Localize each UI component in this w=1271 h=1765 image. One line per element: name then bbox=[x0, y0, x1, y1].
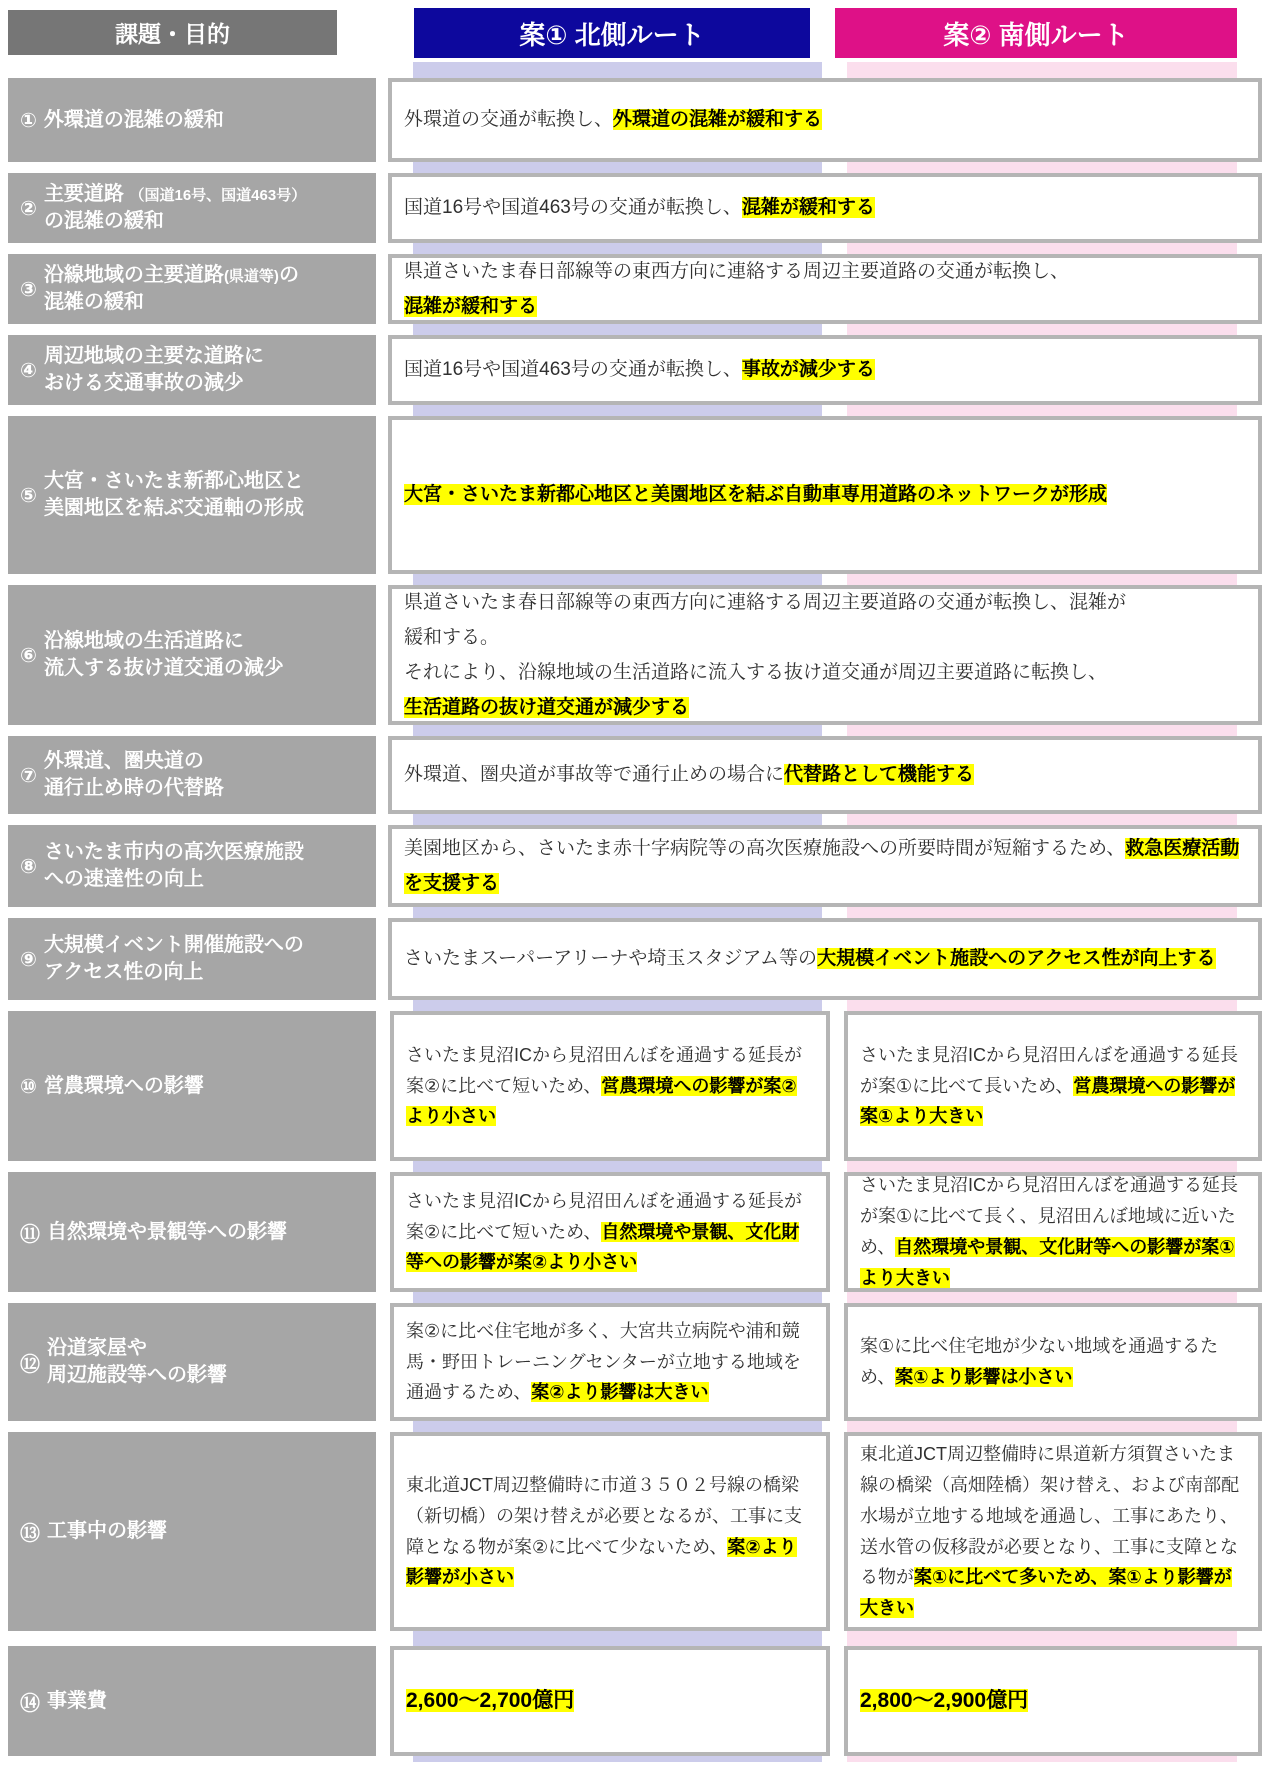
row-label-text: 営農環境への影響 bbox=[44, 1073, 204, 1100]
text-segment: 周辺地域の主要な道路に おける交通事故の減少 bbox=[44, 345, 264, 394]
highlight-text: 大規模イベント施設へのアクセス性が向上する bbox=[817, 948, 1215, 969]
row-content-merged: 国道16号や国道463号の交通が転換し、事故が減少する bbox=[388, 335, 1262, 405]
text-segment: 大宮・さいたま新都心地区と 美園地区を結ぶ交通軸の形成 bbox=[44, 470, 304, 519]
row-number: ⑫ bbox=[20, 1348, 40, 1377]
row-label: ⑬ 工事中の影響 bbox=[8, 1432, 376, 1631]
row-content-plan2-text: 2,800～2,900億円 bbox=[848, 1679, 1040, 1723]
table-row: ⑨ 大規模イベント開催施設への アクセス性の向上 さいたまスーパーアリーナや埼玉… bbox=[8, 918, 1262, 1000]
text-segment: 沿線地域の主要道路 bbox=[44, 264, 224, 286]
row-content-merged: 県道さいたま春日部線等の東西方向に連絡する周辺主要道路の交通が転換し、混雑が 緩… bbox=[388, 585, 1262, 725]
row-label: ⑧ さいたま市内の高次医療施設 への速達性の向上 bbox=[8, 825, 376, 907]
comparison-table: 課題・目的 案① 北側ルート 案② 南側ルート ① 外環道の混雑の緩和 外環道の… bbox=[0, 0, 1271, 1765]
row-label-text: 沿線地域の生活道路に 流入する抜け道交通の減少 bbox=[44, 628, 284, 682]
text-segment: 東北道JCT周辺整備時に県道新方須賀さいたま線の橋梁（高畑陸橋）架け替え、および… bbox=[860, 1444, 1239, 1588]
text-segment: 美園地区から、さいたま赤十字病院等の高次医療施設への所要時間が短縮するため、 bbox=[404, 838, 1125, 859]
row-content-plan1: さいたま見沼ICから見沼田んぼを通過する延長が案②に比べて短いため、自然環境や景… bbox=[390, 1172, 830, 1292]
highlight-text: 混雑が緩和する bbox=[404, 296, 537, 317]
row-content-plan1-text: さいたま見沼ICから見沼田んぼを通過する延長が案②に比べて短いため、営農環境への… bbox=[394, 1034, 826, 1139]
row-content-merged: 大宮・さいたま新都心地区と美園地区を結ぶ自動車専用道路のネットワークが形成 bbox=[388, 416, 1262, 574]
table-row: ⑥ 沿線地域の生活道路に 流入する抜け道交通の減少 県道さいたま春日部線等の東西… bbox=[8, 585, 1262, 725]
row-label: ⑨ 大規模イベント開催施設への アクセス性の向上 bbox=[8, 918, 376, 1000]
row-number: ⑭ bbox=[20, 1687, 40, 1716]
row-label-text: さいたま市内の高次医療施設 への速達性の向上 bbox=[44, 839, 304, 893]
row-label: ⑪ 自然環境や景観等への影響 bbox=[8, 1172, 376, 1292]
text-segment: さいたま市内の高次医療施設 への速達性の向上 bbox=[44, 841, 304, 890]
row-number: ⑦ bbox=[20, 763, 37, 788]
table-row: ⑬ 工事中の影響 東北道JCT周辺整備時に市道３５０２号線の橋梁（新切橋）の架け… bbox=[8, 1432, 1262, 1631]
row-number: ④ bbox=[20, 358, 37, 383]
highlight-text: 代替路として機能する bbox=[784, 764, 974, 785]
row-label: ⑦ 外環道、圏央道の 通行止め時の代替路 bbox=[8, 736, 376, 814]
highlight-text: 生活道路の抜け道交通が減少する bbox=[404, 697, 689, 718]
row-label-text: 沿道家屋や 周辺施設等への影響 bbox=[47, 1335, 227, 1389]
table-row: ⑪ 自然環境や景観等への影響 さいたま見沼ICから見沼田んぼを通過する延長が案②… bbox=[8, 1172, 1262, 1292]
rows-container: ① 外環道の混雑の緩和 外環道の交通が転換し、外環道の混雑が緩和する ② 主要道… bbox=[8, 78, 1262, 1756]
text-segment: 工事中の影響 bbox=[47, 1520, 167, 1542]
row-content-merged: 外環道の交通が転換し、外環道の混雑が緩和する bbox=[388, 78, 1262, 162]
row-label: ⑥ 沿線地域の生活道路に 流入する抜け道交通の減少 bbox=[8, 585, 376, 725]
label-small-text: （国道16号、国道463号） bbox=[130, 187, 307, 204]
row-content-merged: 美園地区から、さいたま赤十字病院等の高次医療施設への所要時間が短縮するため、救急… bbox=[388, 825, 1262, 907]
row-label-text: 大宮・さいたま新都心地区と 美園地区を結ぶ交通軸の形成 bbox=[44, 468, 304, 522]
row-content-plan1: さいたま見沼ICから見沼田んぼを通過する延長が案②に比べて短いため、営農環境への… bbox=[390, 1011, 830, 1161]
table-row: ① 外環道の混雑の緩和 外環道の交通が転換し、外環道の混雑が緩和する bbox=[8, 78, 1262, 162]
table-row: ③ 沿線地域の主要道路(県道等)の 混雑の緩和 県道さいたま春日部線等の東西方向… bbox=[8, 254, 1262, 324]
text-segment: 県道さいたま春日部線等の東西方向に連絡する周辺主要道路の交通が転換し、 bbox=[404, 261, 1069, 282]
row-content-text: 県道さいたま春日部線等の東西方向に連絡する周辺主要道路の交通が転換し、混雑が 緩… bbox=[392, 579, 1138, 732]
row-content-plan2-text: さいたま見沼ICから見沼田んぼを通過する延長が案①に比べて長く、見沼田んぼ地域に… bbox=[848, 1164, 1258, 1300]
table-row: ⑧ さいたま市内の高次医療施設 への速達性の向上 美園地区から、さいたま赤十字病… bbox=[8, 825, 1262, 907]
row-content-plan1-text: 東北道JCT周辺整備時に市道３５０２号線の橋梁（新切橋）の架け替えが必要となるが… bbox=[394, 1464, 826, 1600]
text-segment: 外環道の交通が転換し、 bbox=[404, 109, 613, 130]
row-content-plan1-text: 2,600～2,700億円 bbox=[394, 1679, 586, 1723]
row-content-plan1-text: さいたま見沼ICから見沼田んぼを通過する延長が案②に比べて短いため、自然環境や景… bbox=[394, 1180, 826, 1285]
highlight-text: 自然環境や景観、文化財等への影響が案①より大きい bbox=[860, 1237, 1235, 1288]
row-content-text: 大宮・さいたま新都心地区と美園地区を結ぶ自動車専用道路のネットワークが形成 bbox=[392, 471, 1119, 518]
row-content-merged: 国道16号や国道463号の交通が転換し、混雑が緩和する bbox=[388, 173, 1262, 243]
row-content-merged: さいたまスーパーアリーナや埼玉スタジアム等の大規模イベント施設へのアクセス性が向… bbox=[388, 918, 1262, 1000]
row-label: ② 主要道路 （国道16号、国道463号） の混雑の緩和 bbox=[8, 173, 376, 243]
row-label: ④ 周辺地域の主要な道路に おける交通事故の減少 bbox=[8, 335, 376, 405]
row-content-text: 県道さいたま春日部線等の東西方向に連絡する周辺主要道路の交通が転換し、 混雑が緩… bbox=[392, 248, 1081, 330]
text-segment: 外環道の混雑の緩和 bbox=[44, 109, 224, 131]
row-label-text: 外環道の混雑の緩和 bbox=[44, 107, 224, 134]
row-label-text: 主要道路 （国道16号、国道463号） の混雑の緩和 bbox=[44, 181, 306, 235]
row-content-plan2-text: 東北道JCT周辺整備時に県道新方須賀さいたま線の橋梁（高畑陸橋）架け替え、および… bbox=[848, 1433, 1258, 1631]
row-label-text: 沿線地域の主要道路(県道等)の 混雑の緩和 bbox=[44, 262, 299, 316]
row-number: ⑥ bbox=[20, 643, 37, 668]
table-row: ⑭ 事業費 2,600～2,700億円 2,800～2,900億円 bbox=[8, 1646, 1262, 1756]
table-row: ⑤ 大宮・さいたま新都心地区と 美園地区を結ぶ交通軸の形成 大宮・さいたま新都心… bbox=[8, 416, 1262, 574]
row-number: ⑬ bbox=[20, 1517, 40, 1546]
text-segment: 事業費 bbox=[47, 1690, 107, 1712]
text-segment: 外環道、圏央道が事故等で通行止めの場合に bbox=[404, 764, 784, 785]
text-segment: 県道さいたま春日部線等の東西方向に連絡する周辺主要道路の交通が転換し、混雑が 緩… bbox=[404, 592, 1126, 683]
text-segment: 営農環境への影響 bbox=[44, 1075, 204, 1097]
highlight-text: 大宮・さいたま新都心地区と美園地区を結ぶ自動車専用道路のネットワークが形成 bbox=[404, 484, 1107, 505]
row-label-text: 工事中の影響 bbox=[47, 1518, 167, 1545]
table-row: ⑩ 営農環境への影響 さいたま見沼ICから見沼田んぼを通過する延長が案②に比べて… bbox=[8, 1011, 1262, 1161]
text-segment: さいたまスーパーアリーナや埼玉スタジアム等の bbox=[404, 948, 817, 969]
row-content-text: 国道16号や国道463号の交通が転換し、混雑が緩和する bbox=[392, 184, 887, 231]
highlight-text: 案①より影響は小さい bbox=[895, 1367, 1072, 1387]
row-content-plan2-text: さいたま見沼ICから見沼田んぼを通過する延長が案①に比べて長いため、営農環境への… bbox=[848, 1034, 1258, 1139]
row-number: ⑤ bbox=[20, 483, 37, 508]
text-segment: 国道16号や国道463号の交通が転換し、 bbox=[404, 359, 742, 380]
row-number: ⑩ bbox=[20, 1074, 37, 1099]
highlight-text: 外環道の混雑が緩和する bbox=[613, 109, 822, 130]
row-content-text: 外環道、圏央道が事故等で通行止めの場合に代替路として機能する bbox=[392, 751, 986, 798]
row-content-plan2: 案①に比べ住宅地が少ない地域を通過するため、案①より影響は小さい bbox=[844, 1303, 1262, 1421]
text-segment: 主要道路 bbox=[44, 183, 130, 205]
row-label: ③ 沿線地域の主要道路(県道等)の 混雑の緩和 bbox=[8, 254, 376, 324]
row-content-text: 外環道の交通が転換し、外環道の混雑が緩和する bbox=[392, 96, 834, 143]
table-row: ⑫ 沿道家屋や 周辺施設等への影響 案②に比べ住宅地が多く、大宮共立病院や浦和競… bbox=[8, 1303, 1262, 1421]
row-content-plan2-text: 案①に比べ住宅地が少ない地域を通過するため、案①より影響は小さい bbox=[848, 1325, 1258, 1399]
highlight-text: 案①に比べて多いため、案①より影響が大きい bbox=[860, 1567, 1232, 1618]
row-content-plan2: 2,800～2,900億円 bbox=[844, 1646, 1262, 1756]
row-label-text: 周辺地域の主要な道路に おける交通事故の減少 bbox=[44, 343, 264, 397]
highlight-text: 案②より影響は大きい bbox=[531, 1382, 708, 1402]
row-label: ① 外環道の混雑の緩和 bbox=[8, 78, 376, 162]
row-label: ⑤ 大宮・さいたま新都心地区と 美園地区を結ぶ交通軸の形成 bbox=[8, 416, 376, 574]
row-content-plan1: 東北道JCT周辺整備時に市道３５０２号線の橋梁（新切橋）の架け替えが必要となるが… bbox=[390, 1432, 830, 1631]
row-content-plan1: 2,600～2,700億円 bbox=[390, 1646, 830, 1756]
table-row: ② 主要道路 （国道16号、国道463号） の混雑の緩和 国道16号や国道463… bbox=[8, 173, 1262, 243]
text-segment: 沿線地域の生活道路に 流入する抜け道交通の減少 bbox=[44, 630, 284, 679]
highlight-text: 2,800～2,900億円 bbox=[860, 1689, 1028, 1712]
row-number: ⑧ bbox=[20, 854, 37, 879]
highlight-text: 事故が減少する bbox=[742, 359, 875, 380]
text-segment: 国道16号や国道463号の交通が転換し、 bbox=[404, 197, 742, 218]
table-row: ⑦ 外環道、圏央道の 通行止め時の代替路 外環道、圏央道が事故等で通行止めの場合… bbox=[8, 736, 1262, 814]
row-content-text: 美園地区から、さいたま赤十字病院等の高次医療施設への所要時間が短縮するため、救急… bbox=[392, 825, 1258, 907]
row-content-text: 国道16号や国道463号の交通が転換し、事故が減少する bbox=[392, 346, 887, 393]
row-label: ⑫ 沿道家屋や 周辺施設等への影響 bbox=[8, 1303, 376, 1421]
row-number: ② bbox=[20, 196, 37, 221]
row-label: ⑩ 営農環境への影響 bbox=[8, 1011, 376, 1161]
row-content-plan1: 案②に比べ住宅地が多く、大宮共立病院や浦和競馬・野田トレーニングセンターが立地す… bbox=[390, 1303, 830, 1421]
row-content-plan2: さいたま見沼ICから見沼田んぼを通過する延長が案①に比べて長く、見沼田んぼ地域に… bbox=[844, 1172, 1262, 1292]
row-label-text: 事業費 bbox=[47, 1688, 107, 1715]
header-issue: 課題・目的 bbox=[8, 10, 337, 55]
text-segment: 外環道、圏央道の 通行止め時の代替路 bbox=[44, 750, 224, 799]
row-content-merged: 県道さいたま春日部線等の東西方向に連絡する周辺主要道路の交通が転換し、 混雑が緩… bbox=[388, 254, 1262, 324]
row-label-text: 外環道、圏央道の 通行止め時の代替路 bbox=[44, 748, 224, 802]
highlight-text: 混雑が緩和する bbox=[742, 197, 875, 218]
text-segment: の混雑の緩和 bbox=[44, 210, 164, 232]
row-number: ① bbox=[20, 108, 37, 133]
table-row: ④ 周辺地域の主要な道路に おける交通事故の減少 国道16号や国道463号の交通… bbox=[8, 335, 1262, 405]
text-segment: 自然環境や景観等への影響 bbox=[47, 1221, 287, 1243]
row-label: ⑭ 事業費 bbox=[8, 1646, 376, 1756]
row-content-plan2: 東北道JCT周辺整備時に県道新方須賀さいたま線の橋梁（高畑陸橋）架け替え、および… bbox=[844, 1432, 1262, 1631]
row-content-plan2: さいたま見沼ICから見沼田んぼを通過する延長が案①に比べて長いため、営農環境への… bbox=[844, 1011, 1262, 1161]
highlight-text: 2,600～2,700億円 bbox=[406, 1689, 574, 1712]
row-number: ⑪ bbox=[20, 1218, 40, 1247]
row-content-plan1-text: 案②に比べ住宅地が多く、大宮共立病院や浦和競馬・野田トレーニングセンターが立地す… bbox=[394, 1310, 826, 1415]
row-label-text: 大規模イベント開催施設への アクセス性の向上 bbox=[44, 932, 304, 986]
row-label-text: 自然環境や景観等への影響 bbox=[47, 1219, 287, 1246]
header-plan1: 案① 北側ルート bbox=[414, 8, 810, 58]
row-content-merged: 外環道、圏央道が事故等で通行止めの場合に代替路として機能する bbox=[388, 736, 1262, 814]
label-small-text: (県道等) bbox=[224, 268, 279, 285]
row-content-text: さいたまスーパーアリーナや埼玉スタジアム等の大規模イベント施設へのアクセス性が向… bbox=[392, 935, 1228, 982]
row-number: ⑨ bbox=[20, 947, 37, 972]
header-plan2: 案② 南側ルート bbox=[835, 8, 1237, 58]
text-segment: 沿道家屋や 周辺施設等への影響 bbox=[47, 1337, 227, 1386]
text-segment: 大規模イベント開催施設への アクセス性の向上 bbox=[44, 934, 304, 983]
row-number: ③ bbox=[20, 277, 37, 302]
